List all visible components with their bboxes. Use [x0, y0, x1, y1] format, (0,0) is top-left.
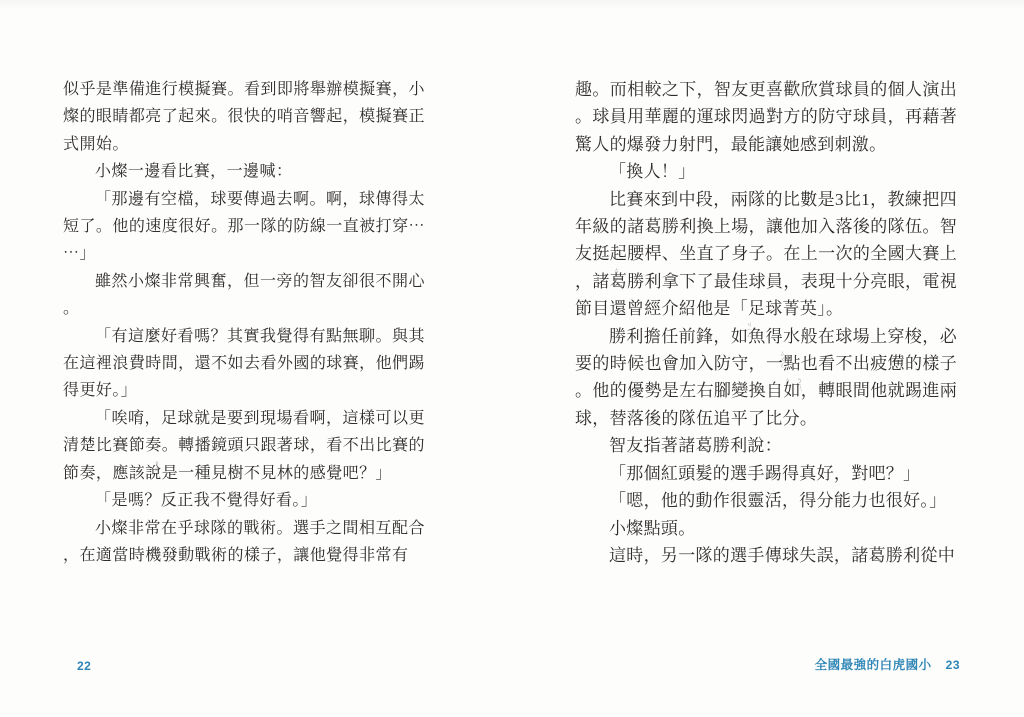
paragraph: 「那邊有空檔，球要傳過去啊。啊，球傳得太短了。他的速度很好。那一隊的防線一直被打… [63, 186, 425, 268]
page-number: 22 [77, 659, 91, 673]
paragraph: 「是嗎？反正我不覺得好看。」 [63, 487, 425, 514]
paragraph: 小燦非常在乎球隊的戰術。選手之間相互配合，在適當時機發動戰術的樣子，讓他覺得非常… [63, 515, 425, 570]
paragraph: 小燦點頭。 [575, 515, 957, 542]
chapter-title: 全國最強的白虎國小 [815, 658, 932, 672]
paragraph: 小燦一邊看比賽，一邊喊： [63, 158, 425, 185]
paragraph: 似乎是準備進行模擬賽。看到即將舉辦模擬賽，小燦的眼睛都亮了起來。很快的哨音響起，… [63, 76, 425, 158]
left-page-text-column: 似乎是準備進行模擬賽。看到即將舉辦模擬賽，小燦的眼睛都亮了起來。很快的哨音響起，… [63, 76, 425, 569]
right-page-text-column: 趣。而相較之下，智友更喜歡欣賞球員的個人演出。球員用華麗的運球閃過對方的防守球員… [575, 76, 957, 569]
page-number: 23 [946, 658, 960, 672]
paragraph: 智友指著諸葛勝利說： [575, 432, 957, 459]
paragraph: 「嗯，他的動作很靈活，得分能力也很好。」 [575, 487, 957, 514]
paragraph: 「換人！」 [575, 158, 957, 185]
book-spread: 似乎是準備進行模擬賽。看到即將舉辦模擬賽，小燦的眼睛都亮了起來。很快的哨音響起，… [0, 0, 1024, 717]
paragraph: 「唉唷，足球就是要到現場看啊，這樣可以更清楚比賽節奏。轉播鏡頭只跟著球，看不出比… [63, 405, 425, 487]
paragraph: 「有這麼好看嗎？其實我覺得有點無聊。與其在這裡浪費時間，還不如去看外國的球賽，他… [63, 323, 425, 405]
paragraph: 雖然小燦非常興奮，但一旁的智友卻很不開心。 [63, 268, 425, 323]
paragraph: 趣。而相較之下，智友更喜歡欣賞球員的個人演出。球員用華麗的運球閃過對方的防守球員… [575, 76, 957, 158]
left-page-footer: 22 [77, 659, 91, 673]
right-page-footer: 全國最強的白虎國小23 [815, 655, 960, 673]
paragraph: 勝利擔任前鋒，如魚得水般在球場上穿梭，必要的時候也會加入防守，一點也看不出疲憊的… [575, 323, 957, 433]
paragraph: 比賽來到中段，兩隊的比數是3比1，教練把四年級的諸葛勝利換上場，讓他加入落後的隊… [575, 186, 957, 323]
paragraph: 這時，另一隊的選手傳球失誤，諸葛勝利從中 [575, 542, 957, 569]
paragraph: 「那個紅頭髮的選手踢得真好，對吧？」 [575, 460, 957, 487]
